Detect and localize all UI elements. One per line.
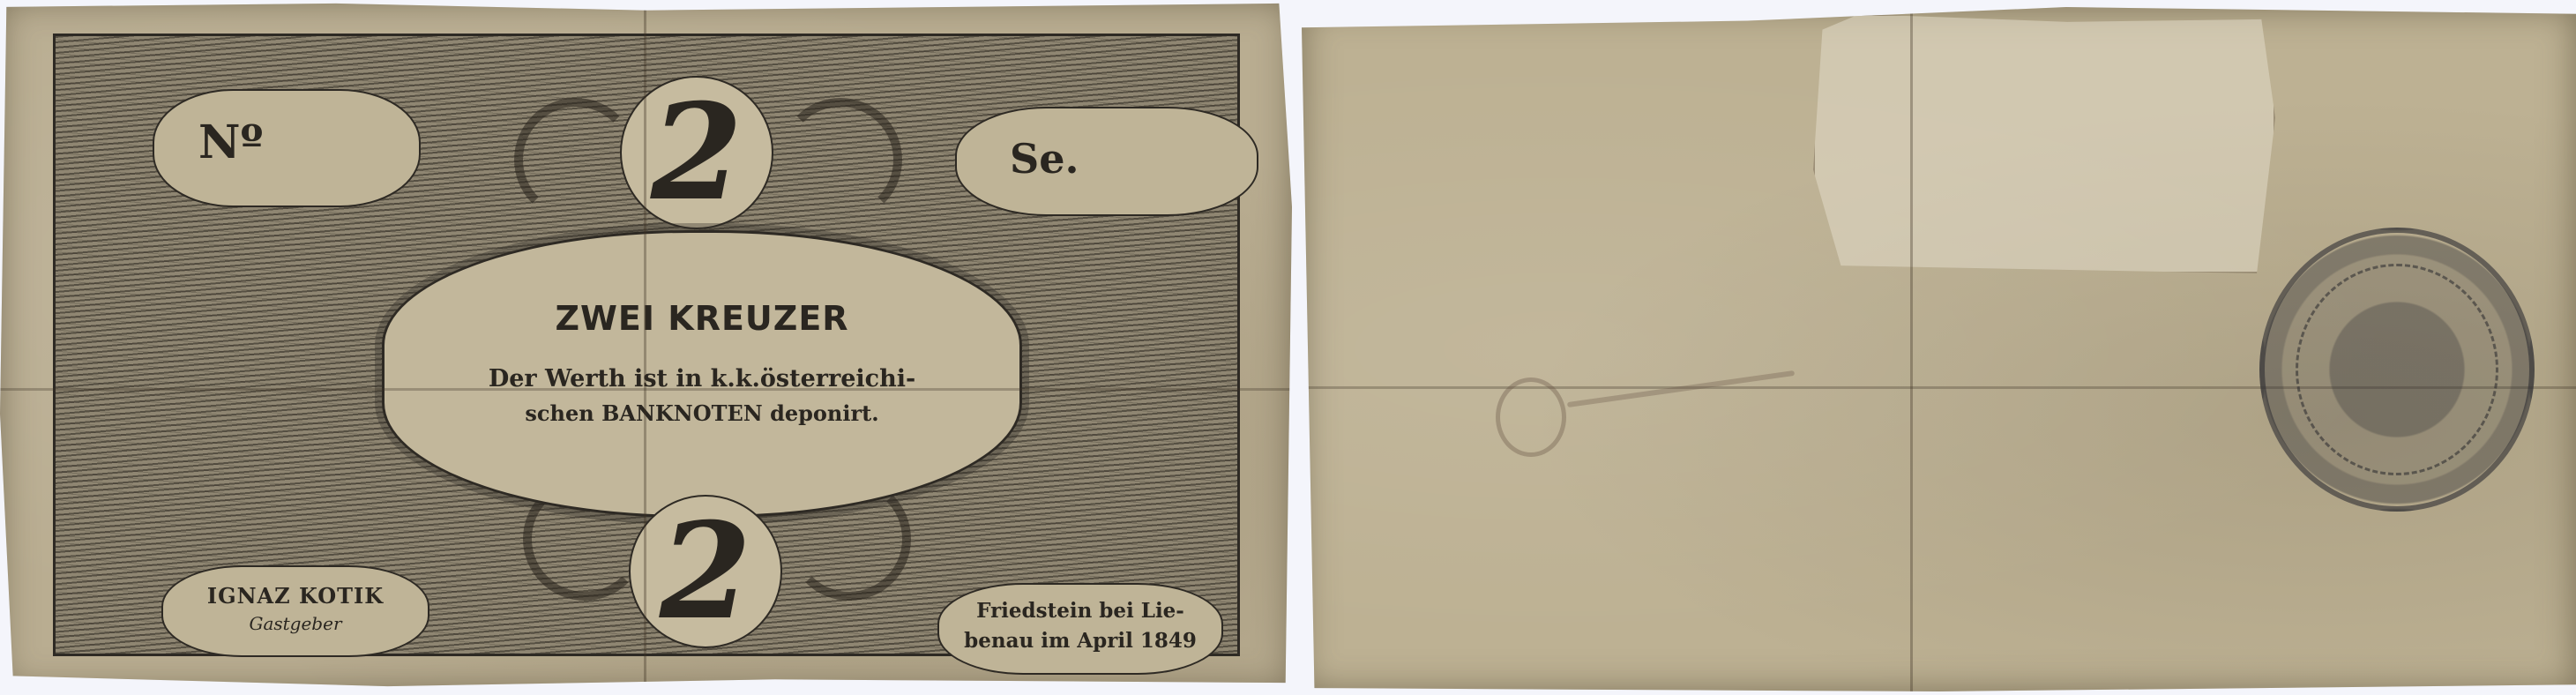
denomination-title: ZWEI KREUZER <box>385 299 1019 338</box>
circular-ink-stamp <box>2259 228 2535 512</box>
banknote-obverse: Nº Se. 2 ZWEI KREUZER Der Werth ist in k… <box>0 0 1292 690</box>
value-statement-line-2: schen BANKNOTEN deponirt. <box>385 400 1019 426</box>
central-cartouche: ZWEI KREUZER Der Werth ist in k.k.österr… <box>382 230 1022 518</box>
fold-crease <box>0 388 1292 391</box>
issuer-role: Gastgeber <box>163 613 428 634</box>
place-date-plaque: Friedstein bei Lie- benau im April 1849 <box>937 583 1223 675</box>
serial-number-plaque: Nº <box>153 89 421 207</box>
place-line-1: Friedstein bei Lie- <box>939 599 1221 623</box>
banknote-reverse <box>1302 7 2576 691</box>
place-line-2: benau im April 1849 <box>939 629 1221 653</box>
flourish-ornament <box>514 98 638 221</box>
handwritten-mark <box>1567 370 1795 407</box>
issuer-name: IGNAZ KOTIK <box>163 583 428 609</box>
series-plaque: Se. <box>955 107 1258 216</box>
number-label: Nº <box>198 116 264 169</box>
stamp-inner-ring <box>2296 264 2498 475</box>
numeral-two: 2 <box>651 86 743 219</box>
handwritten-mark <box>1496 377 1566 457</box>
issuer-plaque: IGNAZ KOTIK Gastgeber <box>161 565 429 657</box>
numeral-two: 2 <box>660 505 751 638</box>
fold-crease <box>1910 7 1913 691</box>
flourish-ornament <box>779 98 902 221</box>
engraved-frame: Nº Se. 2 ZWEI KREUZER Der Werth ist in k… <box>53 34 1240 656</box>
denomination-numeral-bottom: 2 <box>629 495 782 648</box>
repair-tape-patch <box>1813 14 2275 273</box>
series-label: Se. <box>1010 135 1079 183</box>
fold-crease <box>644 0 646 690</box>
